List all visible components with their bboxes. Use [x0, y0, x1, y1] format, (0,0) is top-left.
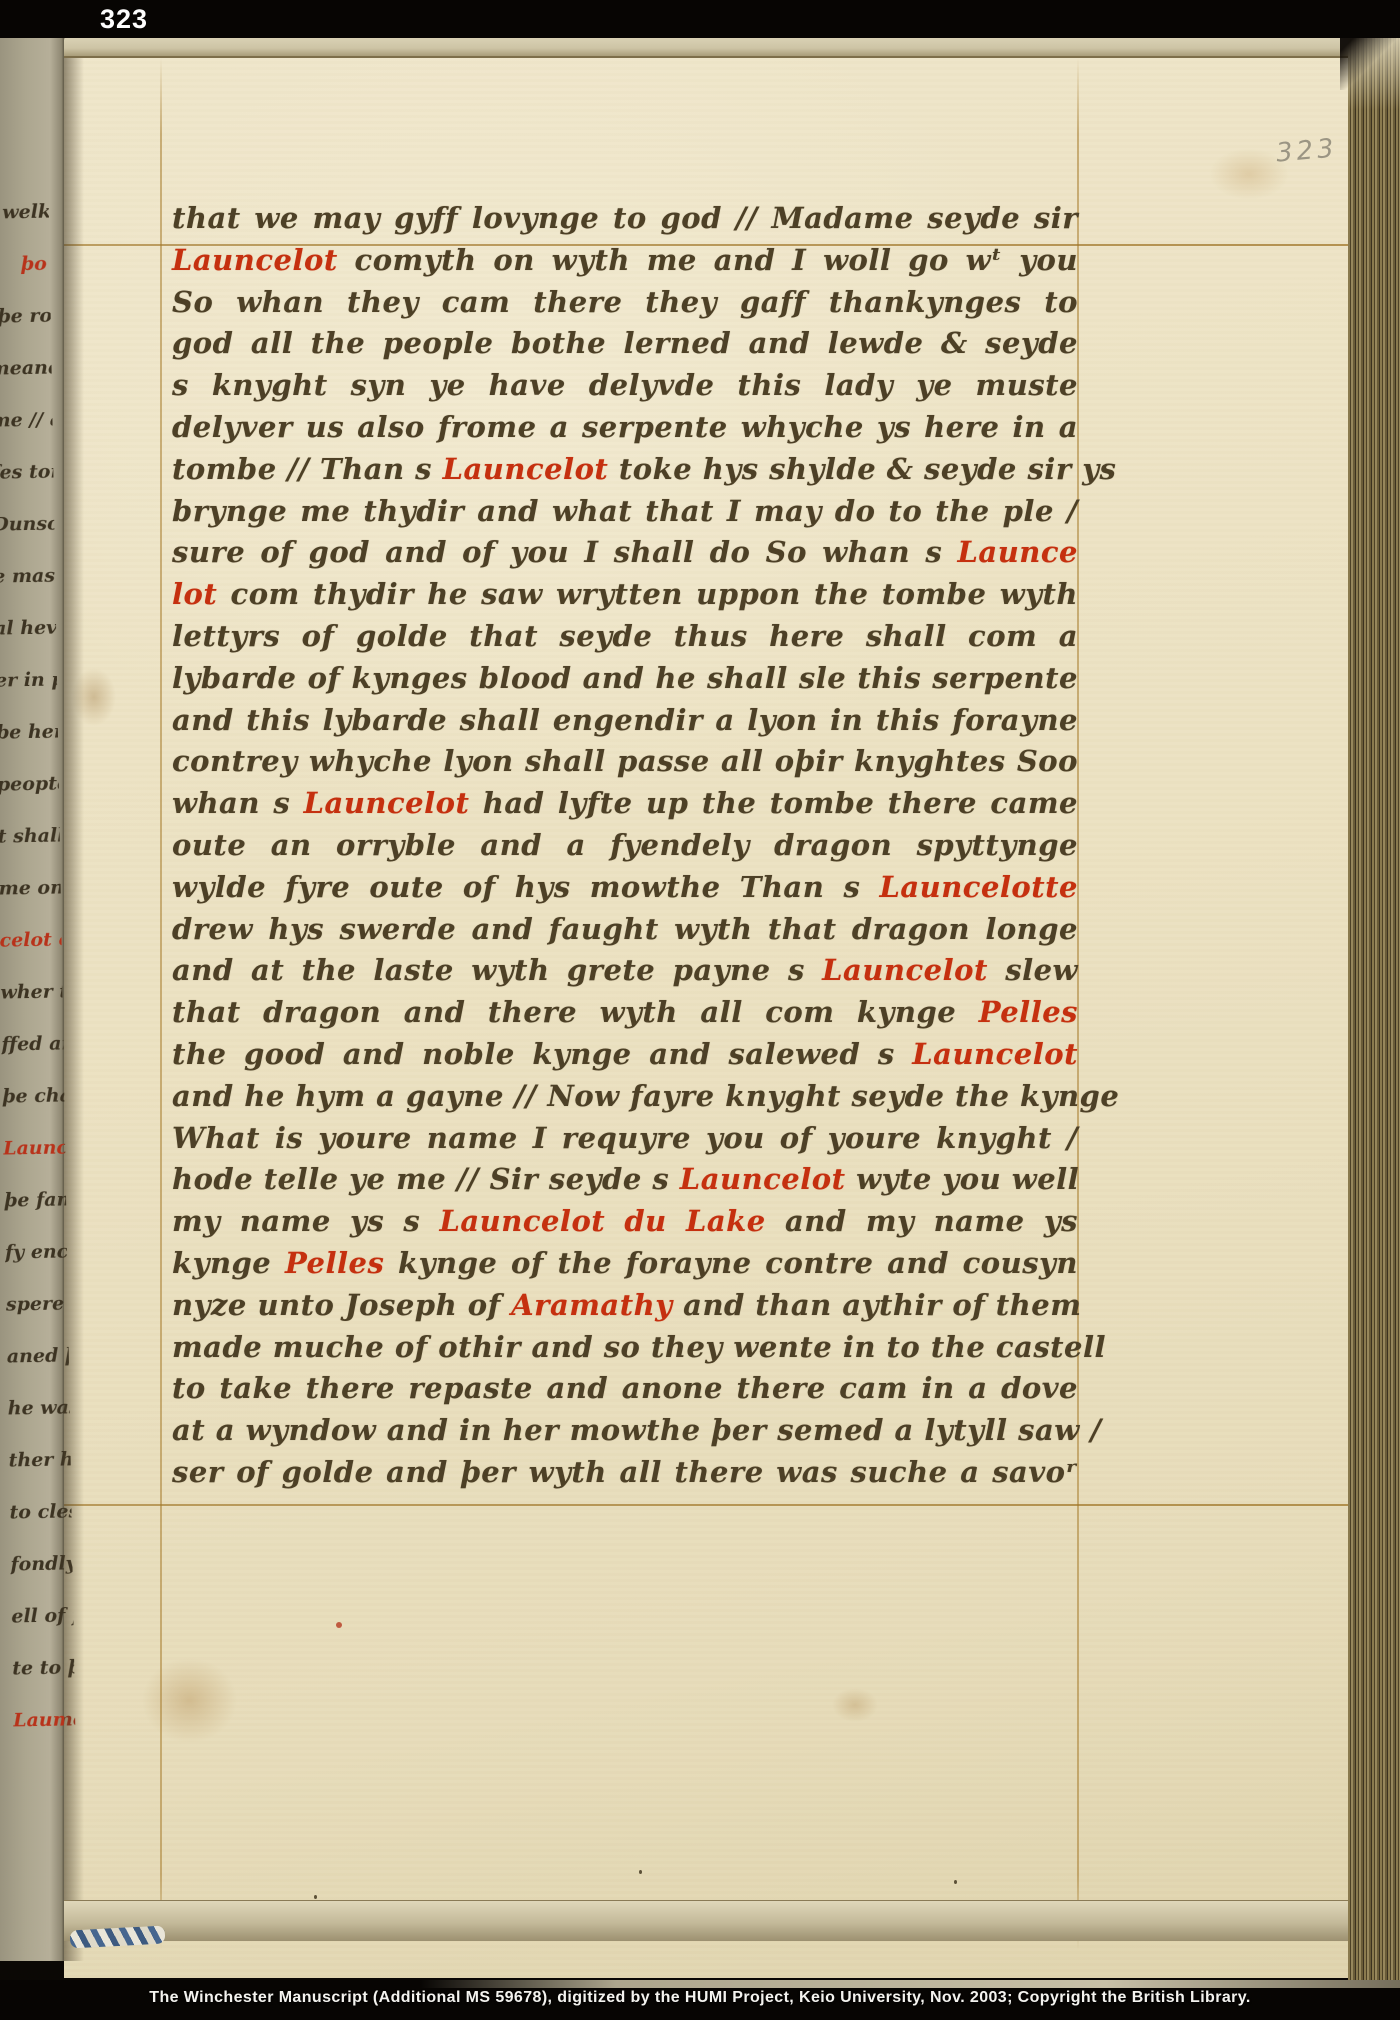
- facing-page-fragment: me // a fyrs: [0, 394, 53, 447]
- speck: [954, 1880, 957, 1884]
- text-line: s knyght syn ye have delyvde this lady y…: [172, 365, 1078, 407]
- text-line: drew hys swerde and faught wyth that dra…: [172, 909, 1078, 951]
- text-segment: my name ys s: [172, 1204, 439, 1238]
- text-line: whan s Launcelot had lyfte up the tombe …: [172, 783, 1078, 825]
- text-segment: comyth on wyth me and I woll go wᵗ you: [338, 243, 1078, 277]
- facing-page-fragment: þe fame dall: [4, 1173, 67, 1226]
- text-segment: oute an orryble and a fyendely dragon sp…: [172, 828, 1078, 862]
- text-segment: at a wyndow and in her mowthe þer semed …: [172, 1413, 1101, 1447]
- text-line: contrey whyche lyon shall passe all oþir…: [172, 741, 1078, 783]
- text-segment: brynge me thydir and what that I may do …: [172, 494, 1078, 528]
- text-segment: drew hys swerde and faught wyth that dra…: [172, 912, 1078, 946]
- text-segment: that dragon and there wyth all com kynge: [172, 995, 979, 1029]
- text-line: brynge me thydir and what that I may do …: [172, 491, 1078, 533]
- text-segment: s knyght syn ye have delyvde this lady y…: [172, 368, 1078, 402]
- bottom-photo-bar: The Winchester Manuscript (Additional MS…: [0, 1980, 1400, 2020]
- speck: [639, 1870, 642, 1874]
- rubric-segment: lot: [172, 577, 217, 611]
- page-edge-glint: [420, 1980, 1400, 1988]
- text-line: the good and noble kynge and salewed s L…: [172, 1034, 1078, 1076]
- text-line: and this lybarde shall engendir a lyon i…: [172, 700, 1078, 742]
- text-segment: and at the laste wyth grete payne s: [172, 953, 822, 987]
- text-line: oute an orryble and a fyendely dragon sp…: [172, 825, 1078, 867]
- folio-label: 323: [100, 4, 148, 35]
- gutter-shadow: [64, 36, 84, 1961]
- rubric-segment: Launcelot: [443, 452, 609, 486]
- pencil-folio-number: 323: [1275, 133, 1339, 168]
- text-line: sure of god and of you I shall do So wha…: [172, 532, 1078, 574]
- text-line: and at the laste wyth grete payne s Laun…: [172, 950, 1078, 992]
- text-line: ser of golde and þer wyth all there was …: [172, 1452, 1078, 1494]
- text-line: made muche of othir and so they wente in…: [172, 1327, 1078, 1369]
- facing-page-fragment: meane ye fo: [0, 342, 52, 395]
- facing-page-fragment: e mastir I fa: [0, 550, 56, 603]
- red-ink-speck: [336, 1622, 342, 1628]
- facing-page-fragment: al heve anly: [0, 602, 57, 655]
- facing-page-fragment: to clesped þe: [9, 1485, 72, 1538]
- facing-page-fragment: aned þe oth: [6, 1329, 69, 1382]
- text-line: hode telle ye me // Sir seyde s Launcelo…: [172, 1159, 1078, 1201]
- fore-edge-pages: [1348, 30, 1400, 2020]
- text-segment: nyze unto Joseph of: [172, 1288, 511, 1322]
- text-segment: lettyrs of golde that seyde thus here sh…: [172, 619, 1078, 653]
- text-segment: What is youre name I requyre you of your…: [172, 1121, 1078, 1155]
- margin-rule-left: [160, 58, 162, 1950]
- facing-page-fragment: he was war: [7, 1381, 70, 1434]
- text-segment: hode telle ye me // Sir seyde s: [172, 1162, 680, 1196]
- text-segment: toke hys shylde & seyde sir ys: [608, 452, 1116, 486]
- facing-page-fragment: Launcelot w: [3, 1121, 66, 1174]
- text-segment: god all the people bothe lerned and lewd…: [172, 326, 1078, 360]
- rubric-segment: Launcelot: [822, 953, 988, 987]
- text-line: Launcelot comyth on wyth me and I woll g…: [172, 240, 1078, 282]
- facing-page-edge: t welk comþotþe ron ffylmeane ye fome //…: [0, 36, 64, 1961]
- text-segment: kynge: [172, 1246, 285, 1280]
- text-line: that we may gyff lovynge to god // Madam…: [172, 198, 1078, 240]
- text-segment: that we may gyff lovynge to god // Madam…: [172, 201, 1078, 235]
- text-line: lettyrs of golde that seyde thus here sh…: [172, 616, 1078, 658]
- rubric-segment: Launcelot: [172, 243, 338, 277]
- facing-page-fragment: fes torone a: [0, 446, 54, 499]
- text-segment: com thydir he saw wrytten uppon the tomb…: [217, 577, 1078, 611]
- text-line: to take there repaste and anone there ca…: [172, 1368, 1078, 1410]
- text-segment: lybarde of kynges blood and he shall sle…: [172, 661, 1078, 695]
- text-segment: contrey whyche lyon shall passe all oþir…: [172, 744, 1078, 778]
- rubric-segment: Pelles: [285, 1246, 384, 1280]
- page-tail-edge: [64, 1900, 1400, 1941]
- text-segment: tombe // Than s: [172, 452, 443, 486]
- rubric-segment: Launce: [958, 535, 1078, 569]
- caption: The Winchester Manuscript (Additional MS…: [0, 1989, 1400, 2007]
- facing-page-fragment: wher thyre a: [0, 965, 63, 1018]
- ruling-line-bottom: [64, 1504, 1348, 1506]
- text-segment: wylde fyre oute of hys mowthe Than s: [172, 870, 879, 904]
- text-segment: and my name ys: [766, 1204, 1078, 1238]
- facing-page-fragment: Dunsoy wyt: [0, 498, 55, 551]
- facing-page-fragment: celot on to þ: [0, 913, 62, 966]
- text-line: nyze unto Joseph of Aramathy and than ay…: [172, 1285, 1078, 1327]
- rubric-segment: Launcelot: [680, 1162, 846, 1196]
- text-block: that we may gyff lovynge to god // Madam…: [172, 198, 1078, 1494]
- text-line: god all the people bothe lerned and lewd…: [172, 323, 1078, 365]
- text-segment: made muche of othir and so they wente in…: [172, 1330, 1106, 1364]
- facing-page-fragment: t shall delyv: [0, 809, 60, 862]
- text-segment: had lyfte up the tombe there came: [469, 786, 1078, 820]
- facing-page-fragment: þe chambir þ: [2, 1069, 65, 1122]
- facing-page-fragment: peopte on k: [0, 757, 59, 810]
- stain: [832, 1688, 878, 1722]
- text-segment: and he hym a gayne // Now fayre knyght s…: [172, 1079, 1119, 1113]
- text-line: So whan they cam there they gaff thankyn…: [172, 282, 1078, 324]
- facing-page-fragment: er in payne f: [0, 654, 57, 707]
- rubric-segment: Pelles: [979, 995, 1078, 1029]
- text-segment: to take there repaste and anone there ca…: [172, 1371, 1078, 1405]
- facing-page-fragment: fy enchaunt: [5, 1225, 68, 1278]
- facing-page-fragment: spere of red: [5, 1277, 68, 1330]
- manuscript-page: 323 that we may gyff lovynge to god // M…: [64, 40, 1348, 1978]
- facing-page-fragment: tþe ron ffyl: [0, 290, 51, 343]
- text-line: lybarde of kynges blood and he shall sle…: [172, 658, 1078, 700]
- facing-page-fragment: ffed and mi b: [1, 1017, 64, 1070]
- stain: [142, 1658, 237, 1743]
- photo-frame: t welk comþotþe ron ffylmeane ye fome //…: [0, 0, 1400, 2020]
- text-line: wylde fyre oute of hys mowthe Than s Lau…: [172, 867, 1078, 909]
- text-segment: the good and noble kynge and salewed s: [172, 1037, 912, 1071]
- facing-page-fragment: ther he sye f: [8, 1433, 71, 1486]
- top-photo-bar: 323: [0, 0, 1400, 38]
- text-line: tombe // Than s Launcelot toke hys shyld…: [172, 449, 1078, 491]
- facing-page-fragment: t welk com: [0, 186, 49, 239]
- text-segment: whan s: [172, 786, 304, 820]
- text-line: What is youre name I requyre you of your…: [172, 1118, 1078, 1160]
- text-line: my name ys s Launcelot du Lake and my na…: [172, 1201, 1078, 1243]
- rubric-segment: Aramathy: [511, 1288, 672, 1322]
- text-segment: ser of golde and þer wyth all there was …: [172, 1455, 1078, 1489]
- text-line: kynge Pelles kynge of the forayne contre…: [172, 1243, 1078, 1285]
- text-segment: So whan they cam there they gaff thankyn…: [172, 285, 1078, 319]
- text-segment: and than aythir of them: [673, 1288, 1082, 1322]
- text-line: that dragon and there wyth all com kynge…: [172, 992, 1078, 1034]
- text-line: delyver us also frome a serpente whyche …: [172, 407, 1078, 449]
- text-segment: sure of god and of you I shall do So wha…: [172, 535, 958, 569]
- rubric-segment: Launcelot: [912, 1037, 1078, 1071]
- text-segment: kynge of the forayne contre and cousyn: [384, 1246, 1078, 1280]
- text-line: at a wyndow and in her mowthe þer semed …: [172, 1410, 1078, 1452]
- rubric-segment: Launcelot du Lake: [439, 1204, 765, 1238]
- fore-edge-shadow: [1340, 30, 1400, 90]
- rubric-segment: Launcelotte: [879, 870, 1078, 904]
- facing-page-fragment: me onyat ss: [0, 861, 61, 914]
- rubric-segment: Launcelot: [304, 786, 470, 820]
- text-segment: and this lybarde shall engendir a lyon i…: [172, 703, 1078, 737]
- text-line: lot com thydir he saw wrytten uppon the …: [172, 574, 1078, 616]
- facing-page-fragment: þe her in po: [0, 705, 58, 758]
- facing-page-fragment: þo: [0, 238, 50, 291]
- text-line: and he hym a gayne // Now fayre knyght s…: [172, 1076, 1078, 1118]
- speck: [314, 1895, 317, 1899]
- text-segment: slew: [988, 953, 1078, 987]
- text-segment: delyver us also frome a serpente whyche …: [172, 410, 1078, 444]
- text-segment: wyte you well: [846, 1162, 1080, 1196]
